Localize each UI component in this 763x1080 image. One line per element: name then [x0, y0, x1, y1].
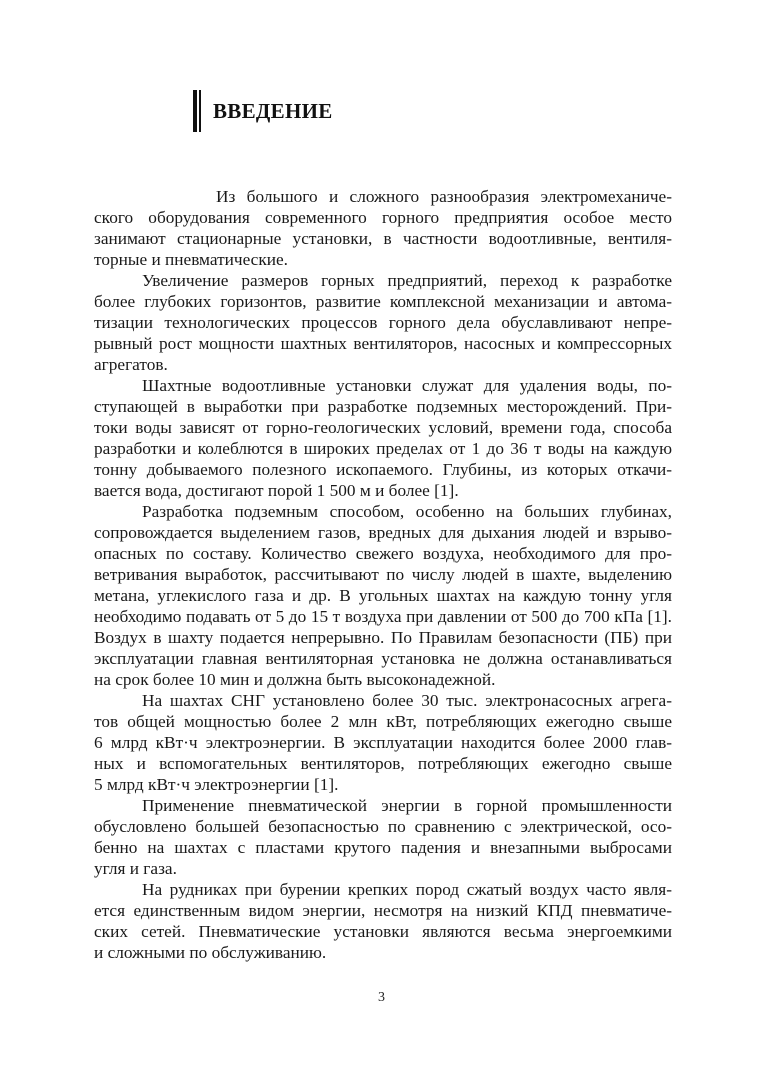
text-line: ветривания выработок, рассчитывают по чи… [94, 564, 672, 585]
text-line: более глубоких горизонтов, развитие комп… [94, 291, 672, 312]
text-line: на срок более 10 мин и должна быть высок… [94, 669, 672, 690]
paragraph: Шахтные водоотливные установки служат дл… [94, 375, 672, 501]
paragraph: Увеличение размеров горных предприятий, … [94, 270, 672, 375]
text-line: метана, углекислого газа и др. В угольны… [94, 585, 672, 606]
heading-bar-marker [193, 90, 203, 132]
paragraph: На шахтах СНГ установлено более 30 тыс. … [94, 690, 672, 795]
text-line: На рудниках при бурении крепких пород сж… [94, 879, 672, 900]
page-number: 3 [0, 990, 763, 1006]
text-line: тонну добываемого полезного ископаемого.… [94, 459, 672, 480]
text-line: разработки и колеблются в широких предел… [94, 438, 672, 459]
text-line: тизации технологических процессов горног… [94, 312, 672, 333]
text-line: 6 млрд кВт·ч электроэнергии. В эксплуата… [94, 732, 672, 753]
paragraph: Разработка подземным способом, особенно … [94, 501, 672, 690]
text-line: угля и газа. [94, 858, 672, 879]
section-heading: ВВЕДЕНИЕ [193, 90, 333, 132]
text-line: На шахтах СНГ установлено более 30 тыс. … [94, 690, 672, 711]
text-line: торные и пневматические. [94, 249, 672, 270]
text-line: тов общей мощностью более 2 млн кВт, пот… [94, 711, 672, 732]
text-line: и сложными по обслуживанию. [94, 942, 672, 963]
text-line: вается вода, достигают порой 1 500 м и б… [94, 480, 672, 501]
paragraph: Из большого и сложного разнообразия элек… [94, 186, 672, 270]
text-line: ских сетей. Пневматические установки явл… [94, 921, 672, 942]
text-line: рывный рост мощности шахтных вентиляторо… [94, 333, 672, 354]
text-line: ступающей в выработки при разработке под… [94, 396, 672, 417]
text-line: 5 млрд кВт·ч электроэнергии [1]. [94, 774, 672, 795]
text-line: необходимо подавать от 5 до 15 т воздуха… [94, 606, 672, 627]
text-line: ского оборудования современного горного … [94, 207, 672, 228]
text-line: Разработка подземным способом, особенно … [94, 501, 672, 522]
paragraph: На рудниках при бурении крепких пород сж… [94, 879, 672, 963]
text-line: Из большого и сложного разнообразия элек… [94, 186, 672, 207]
text-line: агрегатов. [94, 354, 672, 375]
text-line: Воздух в шахту подается непрерывно. По П… [94, 627, 672, 648]
text-line: эксплуатации главная вентиляторная устан… [94, 648, 672, 669]
text-line: ных и вспомогательных вентиляторов, потр… [94, 753, 672, 774]
text-line: Шахтные водоотливные установки служат дл… [94, 375, 672, 396]
body-text: Из большого и сложного разнообразия элек… [94, 186, 672, 963]
paragraph: Применение пневматической энергии в горн… [94, 795, 672, 879]
text-line: обусловлено большей безопасностью по сра… [94, 816, 672, 837]
text-line: Увеличение размеров горных предприятий, … [94, 270, 672, 291]
text-line: занимают стационарные установки, в частн… [94, 228, 672, 249]
text-line: ется единственным видом энергии, несмотр… [94, 900, 672, 921]
text-line: сопровождается выделением газов, вредных… [94, 522, 672, 543]
text-line: опасных по составу. Количество свежего в… [94, 543, 672, 564]
heading-title: ВВЕДЕНИЕ [213, 99, 333, 124]
text-line: токи воды зависят от горно-геологических… [94, 417, 672, 438]
text-line: бенно на шахтах с пластами крутого паден… [94, 837, 672, 858]
text-line: Применение пневматической энергии в горн… [94, 795, 672, 816]
